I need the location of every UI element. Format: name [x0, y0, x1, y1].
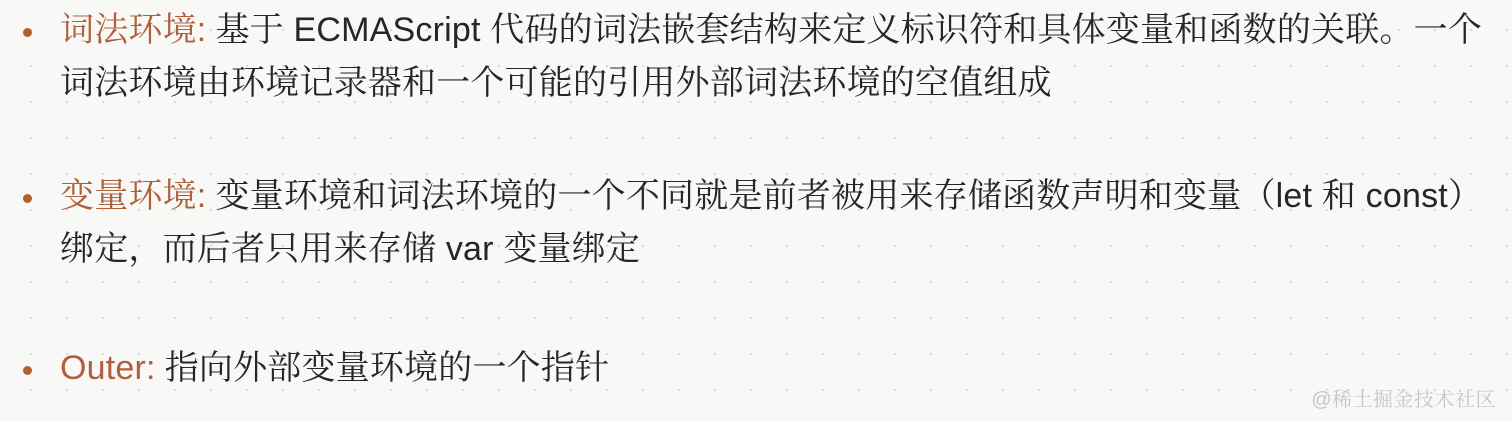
bullet-description: 基于 ECMAScript 代码的词法嵌套结构来定义标识符和具体变量和函数的关联… — [60, 11, 1482, 102]
bullet-description: 变量环境和词法环境的一个不同就是前者被用来存储函数声明和变量（let 和 con… — [60, 177, 1482, 268]
bullet-description: 指向外部变量环境的一个指针 — [165, 349, 610, 387]
slide-page: 词法环境:基于 ECMAScript 代码的词法嵌套结构来定义标识符和具体变量和… — [0, 0, 1512, 421]
bullet-term: 变量环境: — [60, 177, 206, 215]
bullet-item: 词法环境:基于 ECMAScript 代码的词法嵌套结构来定义标识符和具体变量和… — [0, 4, 1512, 110]
bullet-dot-icon — [23, 366, 32, 375]
bullet-term: Outer: — [60, 349, 156, 387]
bullet-item: 变量环境:变量环境和词法环境的一个不同就是前者被用来存储函数声明和变量（let … — [0, 170, 1512, 276]
bullet-list: 词法环境:基于 ECMAScript 代码的词法嵌套结构来定义标识符和具体变量和… — [0, 0, 1512, 395]
bullet-dot-icon — [23, 28, 32, 37]
bullet-term: 词法环境: — [60, 11, 206, 49]
bullet-dot-icon — [23, 194, 32, 203]
bullet-item: Outer:指向外部变量环境的一个指针 — [0, 342, 1512, 395]
watermark: @稀土掘金技术社区 — [1311, 389, 1496, 411]
